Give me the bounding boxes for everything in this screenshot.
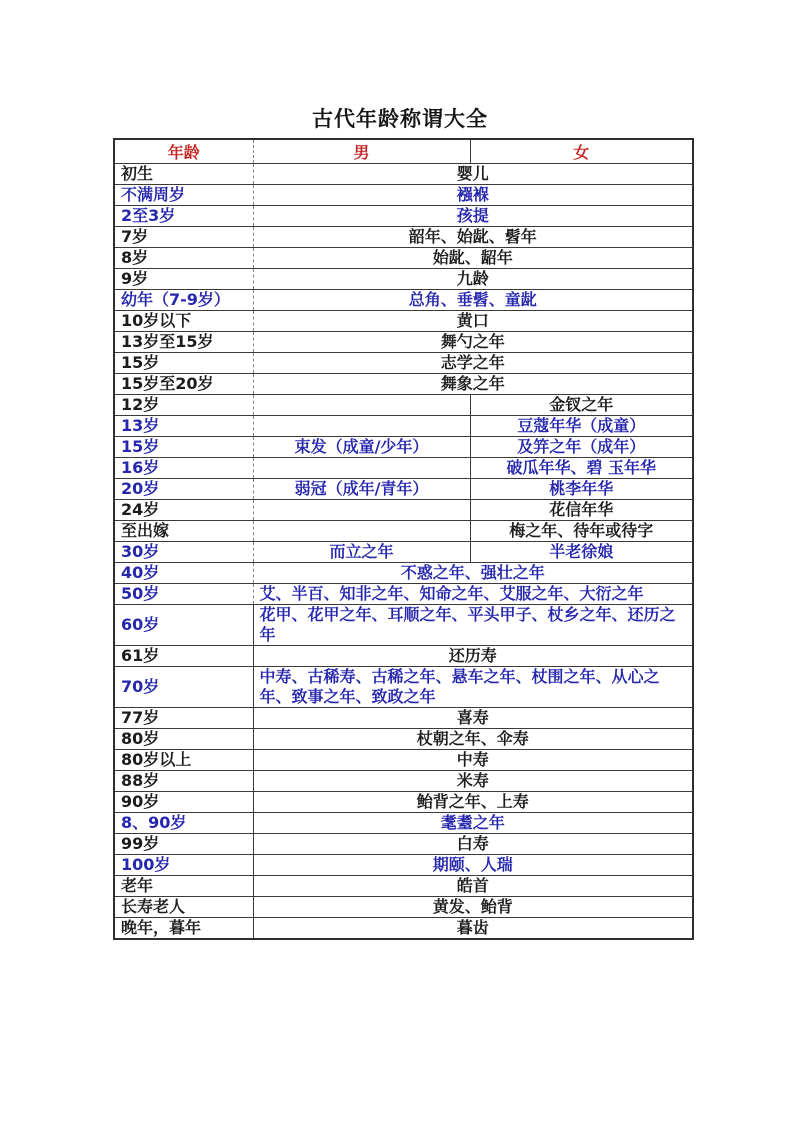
table-row: 80岁以上中寿	[114, 750, 693, 771]
table-row: 不满周岁襁褓	[114, 185, 693, 206]
table-row: 90岁鲐背之年、上寿	[114, 792, 693, 813]
table-row: 8岁始龀、龆年	[114, 248, 693, 269]
term-cell: 米寿	[253, 771, 693, 792]
table-row: 长寿老人黄发、鲐背	[114, 897, 693, 918]
age-cell: 8、90岁	[114, 813, 253, 834]
male-term-cell	[253, 395, 470, 416]
male-term-cell: 弱冠（成年/青年）	[253, 479, 470, 500]
term-cell: 舞象之年	[253, 374, 693, 395]
age-cell: 90岁	[114, 792, 253, 813]
term-cell: 始龀、龆年	[253, 248, 693, 269]
table-row: 幼年（7-9岁）总角、垂髫、童龀	[114, 290, 693, 311]
term-cell: 鲐背之年、上寿	[253, 792, 693, 813]
age-cell: 9岁	[114, 269, 253, 290]
term-cell: 总角、垂髫、童龀	[253, 290, 693, 311]
table-row: 15岁束发（成童/少年）及笄之年（成年）	[114, 437, 693, 458]
age-cell: 初生	[114, 164, 253, 185]
age-cell: 7岁	[114, 227, 253, 248]
table-row: 至出嫁梅之年、待年或待字	[114, 521, 693, 542]
table-row: 晚年，暮年暮齿	[114, 918, 693, 940]
column-header-female: 女	[470, 139, 693, 164]
table-row: 88岁米寿	[114, 771, 693, 792]
table-row: 50岁艾、半百、知非之年、知命之年、艾服之年、大衍之年	[114, 584, 693, 605]
table-row: 9岁九龄	[114, 269, 693, 290]
table-row: 7岁韶年、始龀、髫年	[114, 227, 693, 248]
female-term-cell: 金钗之年	[470, 395, 693, 416]
term-cell: 九龄	[253, 269, 693, 290]
term-cell: 皓首	[253, 876, 693, 897]
page-title: 古代年龄称谓大全	[0, 103, 800, 133]
term-cell: 襁褓	[253, 185, 693, 206]
male-term-cell: 束发（成童/少年）	[253, 437, 470, 458]
age-cell: 80岁	[114, 729, 253, 750]
table-row: 100岁期颐、人瑞	[114, 855, 693, 876]
term-cell: 黄口	[253, 311, 693, 332]
age-cell: 61岁	[114, 646, 253, 667]
age-cell: 99岁	[114, 834, 253, 855]
term-cell: 喜寿	[253, 708, 693, 729]
female-term-cell: 半老徐娘	[470, 542, 693, 563]
table-row: 10岁以下黄口	[114, 311, 693, 332]
term-cell: 白寿	[253, 834, 693, 855]
term-cell: 黄发、鲐背	[253, 897, 693, 918]
term-cell: 志学之年	[253, 353, 693, 374]
table-row: 80岁杖朝之年、伞寿	[114, 729, 693, 750]
age-cell: 15岁	[114, 353, 253, 374]
male-term-cell	[253, 500, 470, 521]
table-row: 8、90岁耄耋之年	[114, 813, 693, 834]
term-cell: 孩提	[253, 206, 693, 227]
table-row: 初生婴儿	[114, 164, 693, 185]
table-row: 15岁至20岁舞象之年	[114, 374, 693, 395]
age-cell: 100岁	[114, 855, 253, 876]
male-term-cell	[253, 521, 470, 542]
table-row: 13岁豆蔻年华（成童）	[114, 416, 693, 437]
age-cell: 老年	[114, 876, 253, 897]
term-cell: 耄耋之年	[253, 813, 693, 834]
term-cell: 暮齿	[253, 918, 693, 940]
term-cell: 中寿、古稀寿、古稀之年、悬车之年、杖围之年、从心之年、致事之年、致政之年	[253, 667, 693, 708]
page: 古代年龄称谓大全 年龄 男 女 初生婴儿不满周岁襁褓2至3岁孩提7岁韶年、始龀、…	[0, 0, 800, 1131]
table-row: 61岁还历寿	[114, 646, 693, 667]
age-cell: 2至3岁	[114, 206, 253, 227]
term-cell: 期颐、人瑞	[253, 855, 693, 876]
age-cell: 24岁	[114, 500, 253, 521]
age-cell: 晚年，暮年	[114, 918, 253, 940]
age-cell: 30岁	[114, 542, 253, 563]
table-row: 13岁至15岁舞勺之年	[114, 332, 693, 353]
column-header-age: 年龄	[114, 139, 253, 164]
table-row: 老年皓首	[114, 876, 693, 897]
male-term-cell	[253, 458, 470, 479]
female-term-cell: 及笄之年（成年）	[470, 437, 693, 458]
term-cell: 不惑之年、强壮之年	[253, 563, 693, 584]
term-cell: 艾、半百、知非之年、知命之年、艾服之年、大衍之年	[253, 584, 693, 605]
term-cell: 杖朝之年、伞寿	[253, 729, 693, 750]
term-cell: 婴儿	[253, 164, 693, 185]
age-cell: 16岁	[114, 458, 253, 479]
age-cell: 长寿老人	[114, 897, 253, 918]
female-term-cell: 花信年华	[470, 500, 693, 521]
table-row: 24岁花信年华	[114, 500, 693, 521]
age-cell: 13岁	[114, 416, 253, 437]
header-row: 年龄 男 女	[114, 139, 693, 164]
age-cell: 至出嫁	[114, 521, 253, 542]
age-cell: 40岁	[114, 563, 253, 584]
term-cell: 还历寿	[253, 646, 693, 667]
column-header-male: 男	[253, 139, 470, 164]
male-term-cell	[253, 416, 470, 437]
age-cell: 77岁	[114, 708, 253, 729]
table-row: 99岁白寿	[114, 834, 693, 855]
table-row: 77岁喜寿	[114, 708, 693, 729]
table-row: 16岁破瓜年华、碧 玉年华	[114, 458, 693, 479]
table-row: 30岁而立之年半老徐娘	[114, 542, 693, 563]
term-cell: 韶年、始龀、髫年	[253, 227, 693, 248]
age-terms-table: 年龄 男 女 初生婴儿不满周岁襁褓2至3岁孩提7岁韶年、始龀、髫年8岁始龀、龆年…	[113, 138, 694, 940]
table-row: 60岁花甲、花甲之年、耳顺之年、平头甲子、杖乡之年、还历之年	[114, 605, 693, 646]
age-cell: 15岁至20岁	[114, 374, 253, 395]
age-cell: 50岁	[114, 584, 253, 605]
male-term-cell: 而立之年	[253, 542, 470, 563]
age-cell: 70岁	[114, 667, 253, 708]
age-cell: 10岁以下	[114, 311, 253, 332]
age-cell: 12岁	[114, 395, 253, 416]
age-cell: 60岁	[114, 605, 253, 646]
table-row: 70岁中寿、古稀寿、古稀之年、悬车之年、杖围之年、从心之年、致事之年、致政之年	[114, 667, 693, 708]
term-cell: 花甲、花甲之年、耳顺之年、平头甲子、杖乡之年、还历之年	[253, 605, 693, 646]
age-cell: 15岁	[114, 437, 253, 458]
age-cell: 8岁	[114, 248, 253, 269]
table-row: 2至3岁孩提	[114, 206, 693, 227]
term-cell: 舞勺之年	[253, 332, 693, 353]
age-cell: 不满周岁	[114, 185, 253, 206]
female-term-cell: 桃李年华	[470, 479, 693, 500]
table-row: 20岁弱冠（成年/青年）桃李年华	[114, 479, 693, 500]
age-cell: 20岁	[114, 479, 253, 500]
age-cell: 88岁	[114, 771, 253, 792]
table-row: 12岁金钗之年	[114, 395, 693, 416]
age-cell: 13岁至15岁	[114, 332, 253, 353]
age-cell: 幼年（7-9岁）	[114, 290, 253, 311]
age-cell: 80岁以上	[114, 750, 253, 771]
table-row: 40岁不惑之年、强壮之年	[114, 563, 693, 584]
table-row: 15岁志学之年	[114, 353, 693, 374]
term-cell: 中寿	[253, 750, 693, 771]
female-term-cell: 破瓜年华、碧 玉年华	[470, 458, 693, 479]
female-term-cell: 豆蔻年华（成童）	[470, 416, 693, 437]
female-term-cell: 梅之年、待年或待字	[470, 521, 693, 542]
table-body: 初生婴儿不满周岁襁褓2至3岁孩提7岁韶年、始龀、髫年8岁始龀、龆年9岁九龄幼年（…	[114, 164, 693, 940]
